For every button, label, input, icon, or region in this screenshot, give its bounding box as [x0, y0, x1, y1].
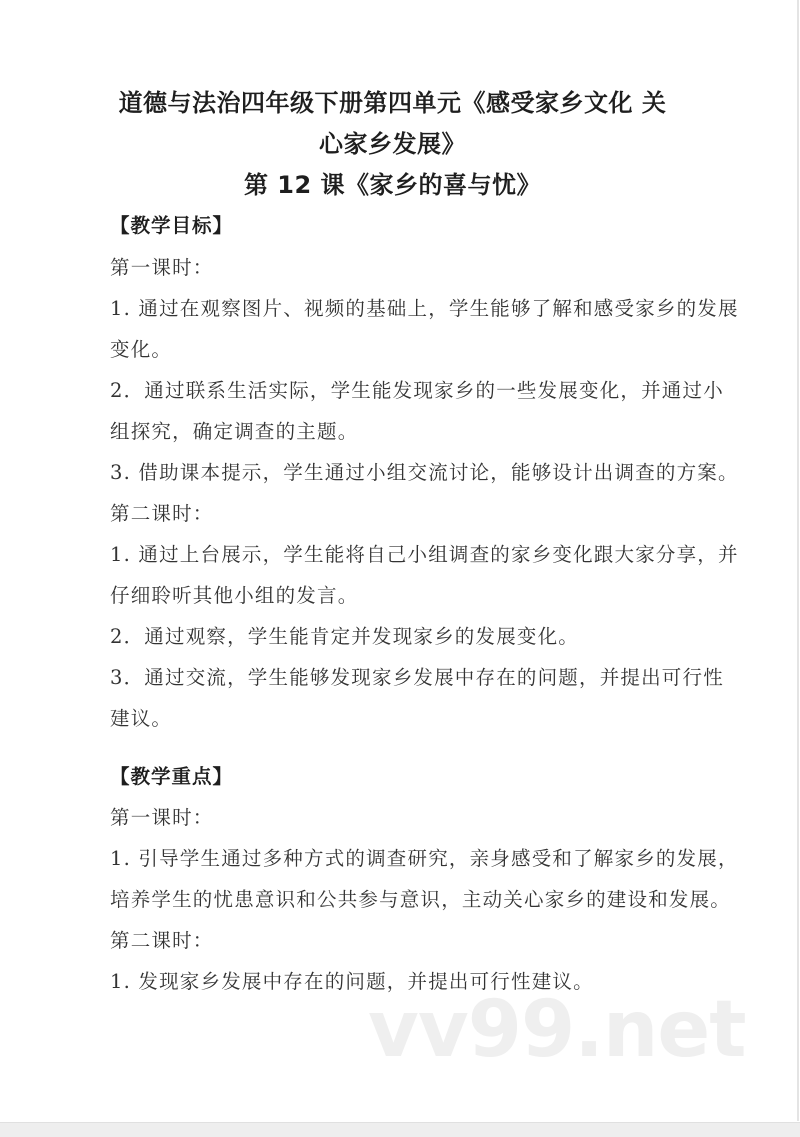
document-title-line-2: 心家乡发展》	[0, 124, 785, 159]
objective-line: 1. 通过在观察图片、视频的基础上，学生能够了解和感受家乡的发展	[110, 293, 739, 321]
objective-line: 3. 借助课本提示，学生通过小组交流讨论，能够设计出调查的方案。	[110, 457, 739, 485]
lesson-label: 第二课时：	[110, 925, 214, 953]
objective-line: 2．通过观察，学生能肯定并发现家乡的发展变化。	[110, 621, 579, 649]
objective-line: 建议。	[110, 703, 172, 731]
lesson-label: 第一课时：	[110, 252, 214, 280]
objective-line: 3．通过交流，学生能够发现家乡发展中存在的问题，并提出可行性	[110, 662, 724, 690]
section-heading-teaching-objectives: 【教学目标】	[110, 210, 233, 238]
page-bottom-edge	[0, 1122, 800, 1137]
watermark: vv99.net	[368, 985, 746, 1075]
section-heading-teaching-focus: 【教学重点】	[110, 761, 233, 789]
document-page: 道德与法治四年级下册第四单元《感受家乡文化 关 心家乡发展》 第 12 课《家乡…	[0, 0, 799, 1121]
focus-line: 培养学生的忧患意识和公共参与意识，主动关心家乡的建设和发展。	[110, 884, 731, 912]
objective-line: 2．通过联系生活实际，学生能发现家乡的一些发展变化，并通过小	[110, 375, 724, 403]
document-title-line-1: 道德与法治四年级下册第四单元《感受家乡文化 关	[0, 83, 785, 118]
focus-line: 1. 引导学生通过多种方式的调查研究，亲身感受和了解家乡的发展，	[110, 843, 739, 871]
objective-line: 1. 通过上台展示，学生能将自己小组调查的家乡变化跟大家分享，并	[110, 539, 739, 567]
objective-line: 变化。	[110, 334, 172, 362]
lesson-title: 第 12 课《家乡的喜与忧》	[0, 165, 785, 200]
objective-line: 组探究，确定调查的主题。	[110, 416, 358, 444]
lesson-label: 第二课时：	[110, 498, 214, 526]
lesson-label: 第一课时：	[110, 802, 214, 830]
objective-line: 仔细聆听其他小组的发言。	[110, 580, 358, 608]
